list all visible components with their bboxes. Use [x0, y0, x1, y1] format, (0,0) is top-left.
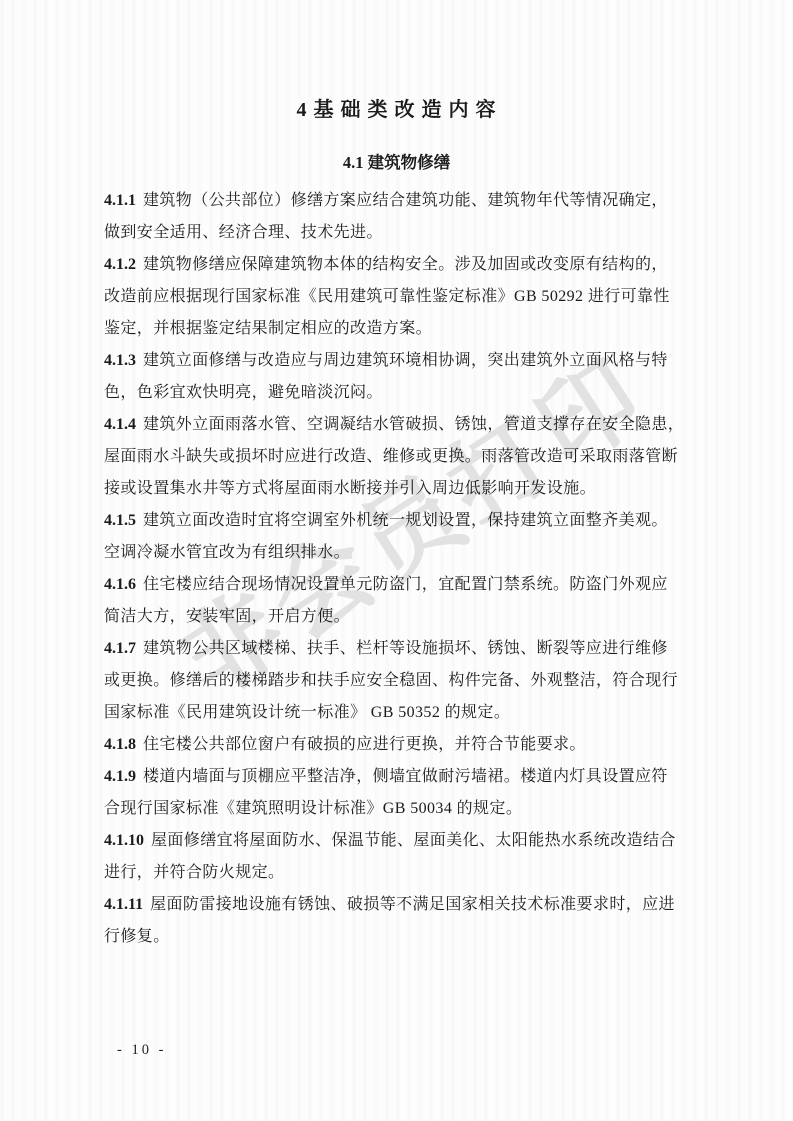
- clause-paragraph: 4.1.8住宅楼公共部位窗户有破损的应进行更换，并符合节能要求。: [104, 729, 696, 761]
- clause-line: 建筑物（公共部位）修缮方案应结合建筑功能、建筑物年代等情况确定，: [143, 192, 668, 209]
- clause-line: 合现行国家标准《建筑照明设计标准》GB 50034 的规定。: [104, 800, 522, 817]
- clause-line: 屋面防雷接地设施有锈蚀、破损等不满足国家相关技术标准要求时，应进: [150, 896, 675, 913]
- clause-paragraph: 4.1.10屋面修缮宜将屋面防水、保温节能、屋面美化、太阳能热水系统改造结合进行…: [104, 825, 696, 889]
- clause-paragraph: 4.1.11屋面防雷接地设施有锈蚀、破损等不满足国家相关技术标准要求时，应进行修…: [104, 889, 696, 953]
- clause-line: 色，色彩宜欢快明亮，避免暗淡沉闷。: [104, 384, 383, 401]
- clause-number: 4.1.8: [104, 736, 136, 753]
- clause-paragraph: 4.1.6住宅楼应结合现场情况设置单元防盗门，宜配置门禁系统。防盗门外观应简洁大…: [104, 569, 696, 633]
- clause-number: 4.1.2: [104, 256, 136, 273]
- clause-line: 简洁大方，安装牢固，开启方便。: [104, 608, 350, 625]
- chapter-title: 4 基 础 类 改 造 内 容: [0, 0, 793, 123]
- clause-line: 建筑立面修缮与改造应与周边建筑环境相协调，突出建筑外立面风格与特: [143, 352, 668, 369]
- clause-number: 4.1.7: [104, 640, 136, 657]
- clause-line: 国家标准《民用建筑设计统一标准》 GB 50352 的规定。: [104, 704, 510, 721]
- clause-paragraph: 4.1.4建筑外立面雨落水管、空调凝结水管破损、锈蚀，管道支撑存在安全隐患，屋面…: [104, 409, 696, 505]
- clause-line: 建筑物修缮应保障建筑物本体的结构安全。涉及加固或改变原有结构的，: [143, 256, 668, 273]
- clause-paragraph: 4.1.3建筑立面修缮与改造应与周边建筑环境相协调，突出建筑外立面风格与特色，色…: [104, 345, 696, 409]
- clause-line: 住宅楼公共部位窗户有破损的应进行更换，并符合节能要求。: [143, 736, 586, 753]
- clause-line: 住宅楼应结合现场情况设置单元防盗门，宜配置门禁系统。防盗门外观应: [143, 576, 668, 593]
- clause-number: 4.1.4: [104, 416, 136, 433]
- clause-line: 改造前应根据现行国家标准《民用建筑可靠性鉴定标准》GB 50292 进行可靠性: [104, 288, 670, 305]
- clause-line: 接或设置集水井等方式将屋面雨水断接并引入周边低影响开发设施。: [104, 480, 596, 497]
- clause-paragraph: 4.1.5建筑立面改造时宜将空调室外机统一规划设置，保持建筑立面整齐美观。空调冷…: [104, 505, 696, 569]
- clause-paragraph: 4.1.7建筑物公共区域楼梯、扶手、栏杆等设施损坏、锈蚀、断裂等应进行维修或更换…: [104, 633, 696, 729]
- clause-line: 做到安全适用、经济合理、技术先进。: [104, 224, 383, 241]
- clause-line: 空调冷凝水管宜改为有组织排水。: [104, 544, 350, 561]
- clause-number: 4.1.1: [104, 192, 136, 209]
- clause-number: 4.1.6: [104, 576, 136, 593]
- clause-line: 行修复。: [104, 928, 170, 945]
- clause-line: 屋面修缮宜将屋面防水、保温节能、屋面美化、太阳能热水系统改造结合: [151, 832, 676, 849]
- clause-line: 建筑外立面雨落水管、空调凝结水管破损、锈蚀，管道支撑存在安全隐患，: [143, 416, 684, 433]
- clause-line: 建筑物公共区域楼梯、扶手、栏杆等设施损坏、锈蚀、断裂等应进行维修: [143, 640, 668, 657]
- clause-paragraph: 4.1.9楼道内墙面与顶棚应平整洁净，侧墙宜做耐污墙裙。楼道内灯具设置应符合现行…: [104, 761, 696, 825]
- clause-line: 建筑立面改造时宜将空调室外机统一规划设置，保持建筑立面整齐美观。: [143, 512, 668, 529]
- page-number: - 10 -: [117, 1042, 166, 1059]
- document-content: 4 基 础 类 改 造 内 容 4.1 建筑物修缮 4.1.1建筑物（公共部位）…: [0, 0, 793, 953]
- clause-line: 楼道内墙面与顶棚应平整洁净，侧墙宜做耐污墙裙。楼道内灯具设置应符: [143, 768, 668, 785]
- clause-number: 4.1.11: [104, 896, 143, 913]
- clause-line: 进行，并符合防火规定。: [104, 864, 284, 881]
- clause-number: 4.1.9: [104, 768, 136, 785]
- clause-number: 4.1.5: [104, 512, 136, 529]
- clause-number: 4.1.3: [104, 352, 136, 369]
- clause-list: 4.1.1建筑物（公共部位）修缮方案应结合建筑功能、建筑物年代等情况确定，做到安…: [104, 185, 696, 953]
- clause-line: 或更换。修缮后的楼梯踏步和扶手应安全稳固、构件完备、外观整洁，符合现行: [104, 672, 678, 689]
- clause-paragraph: 4.1.1建筑物（公共部位）修缮方案应结合建筑功能、建筑物年代等情况确定，做到安…: [104, 185, 696, 249]
- clause-line: 屋面雨水斗缺失或损坏时应进行改造、维修或更换。雨落管改造可采取雨落管断: [104, 448, 678, 465]
- clause-line: 鉴定，并根据鉴定结果制定相应的改造方案。: [104, 320, 432, 337]
- clause-paragraph: 4.1.2建筑物修缮应保障建筑物本体的结构安全。涉及加固或改变原有结构的，改造前…: [104, 249, 696, 345]
- clause-number: 4.1.10: [104, 832, 144, 849]
- section-heading: 4.1 建筑物修缮: [0, 152, 793, 174]
- document-page: 非会员打印 4 基 础 类 改 造 内 容 4.1 建筑物修缮 4.1.1建筑物…: [0, 0, 793, 1121]
